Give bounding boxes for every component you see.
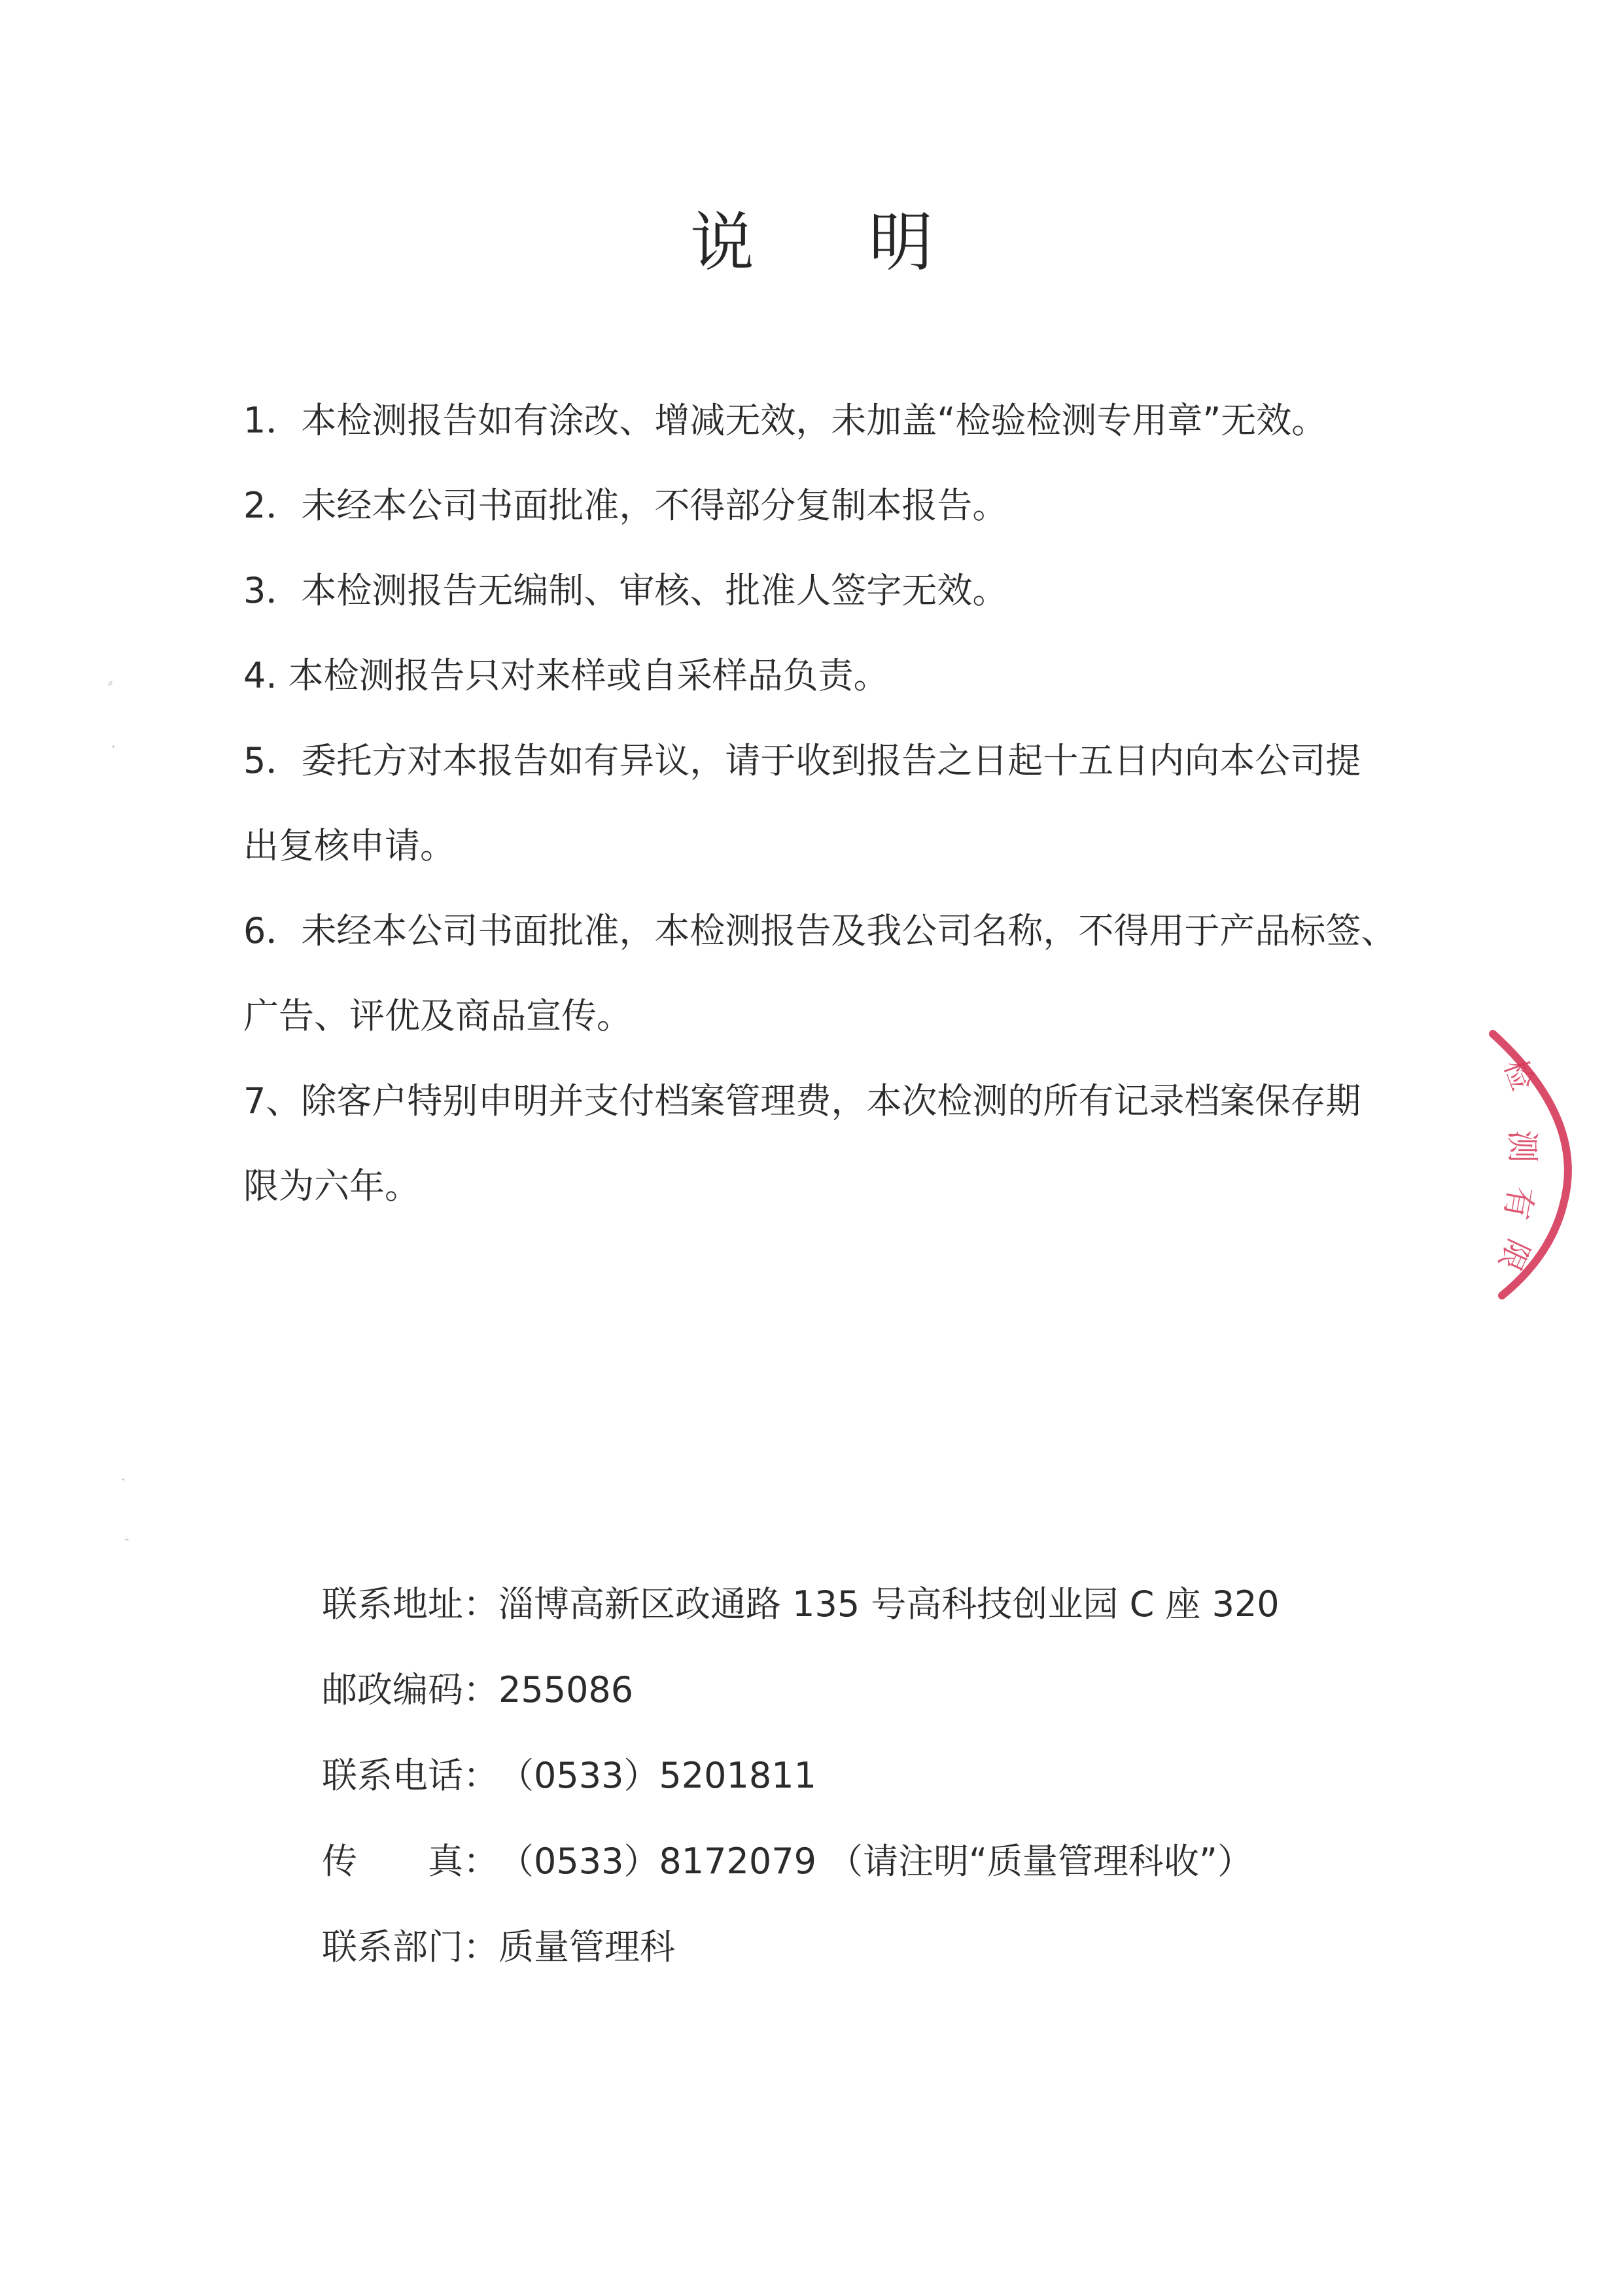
note-7: 7、除客户特别申明并支付档案管理费，本次检测的所有记录档案保存期 <box>243 1059 1473 1144</box>
contact-fax: 传 真：（0533）8172079 （请注明“质量管理科收”） <box>322 1818 1280 1904</box>
binding-mark: · <box>111 739 116 756</box>
svg-text:检: 检 <box>1497 1055 1541 1095</box>
notes-list: 1．本检测报告如有涂改、增减无效，未加盖“检验检测专用章”无效。 2．未经本公司… <box>243 378 1473 1229</box>
svg-text:有: 有 <box>1497 1184 1541 1222</box>
binding-mark: · <box>121 1472 126 1489</box>
note-6: 6．未经本公司书面批准，本检测报告及我公司名称，不得用于产品标签、 <box>243 889 1473 974</box>
note-6-continued: 广告、评优及商品宣传。 <box>243 974 1473 1059</box>
note-2: 2．未经本公司书面批准，不得部分复制本报告。 <box>243 463 1473 548</box>
contact-phone: 联系电话：（0533）5201811 <box>322 1733 1280 1818</box>
contact-address: 联系地址：淄博高新区政通路 135 号高科技创业园 C 座 320 <box>322 1561 1280 1647</box>
svg-text:测: 测 <box>1503 1130 1541 1163</box>
note-5-continued: 出复核申请。 <box>243 804 1473 889</box>
note-7-continued: 限为六年。 <box>243 1144 1473 1229</box>
address-value: 淄博高新区政通路 135 号高科技创业园 C 座 320 <box>498 1583 1280 1625</box>
postcode-value: 255086 <box>498 1669 633 1710</box>
contact-info: 联系地址：淄博高新区政通路 135 号高科技创业园 C 座 320 邮政编码：2… <box>322 1561 1280 1990</box>
page-title: 说 明 <box>0 191 1623 283</box>
department-value: 质量管理科 <box>498 1926 675 1968</box>
note-3: 3．本检测报告无编制、审核、批准人签字无效。 <box>243 548 1473 633</box>
note-1: 1．本检测报告如有涂改、增减无效，未加盖“检验检测专用章”无效。 <box>243 378 1473 463</box>
company-seal-stamp: 检 测 有 限 <box>1472 1021 1623 1309</box>
binding-mark: ⸗ <box>108 674 113 691</box>
contact-department: 联系部门：质量管理科 <box>322 1904 1280 1990</box>
fax-label: 传 真： <box>322 1818 498 1904</box>
fax-value: （0533）8172079 （请注明“质量管理科收”） <box>498 1841 1253 1882</box>
postcode-label: 邮政编码： <box>322 1647 498 1733</box>
note-4: 4. 本检测报告只对来样或自采样品负责。 <box>243 633 1473 718</box>
phone-value: （0533）5201811 <box>498 1755 816 1796</box>
binding-mark: - <box>124 1531 129 1547</box>
address-label: 联系地址： <box>322 1561 498 1647</box>
phone-label: 联系电话： <box>322 1733 498 1818</box>
note-5: 5．委托方对本报告如有异议，请于收到报告之日起十五日内向本公司提 <box>243 718 1473 804</box>
department-label: 联系部门： <box>322 1904 498 1990</box>
seal-icon: 检 测 有 限 <box>1472 1021 1623 1309</box>
contact-postcode: 邮政编码：255086 <box>322 1647 1280 1733</box>
